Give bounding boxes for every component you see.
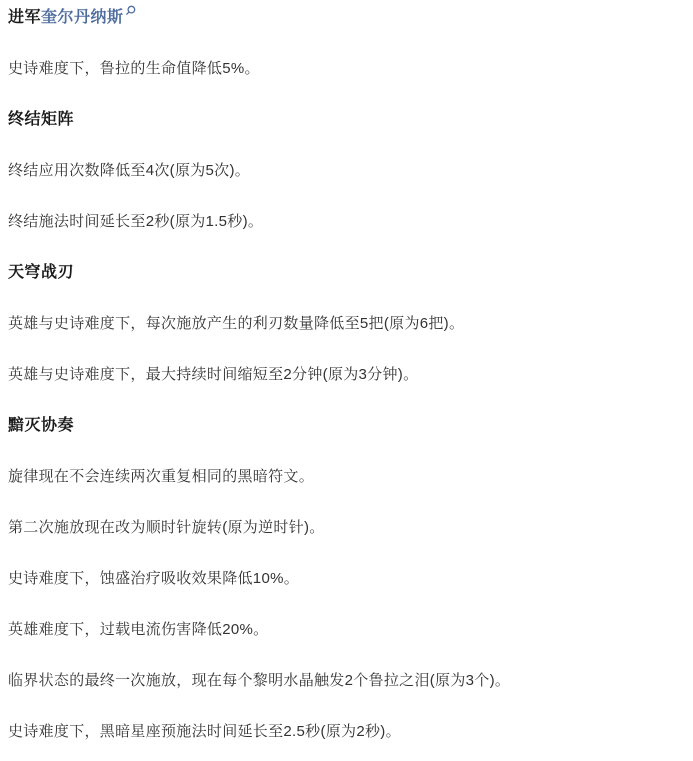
patch-notes-article: 进军奎尔丹纳斯 史诗难度下，鲁拉的生命值降低5%。 终结矩阵 终结应用次数降低至…: [0, 0, 693, 742]
patch-note-line: 英雄与史诗难度下，最大持续时间缩短至2分钟(原为3分钟)。: [8, 364, 681, 385]
quel-danas-link[interactable]: 奎尔丹纳斯: [41, 9, 136, 26]
patch-note-line: 史诗难度下，鲁拉的生命值降低5%。: [8, 58, 681, 79]
patch-note-line: 临界状态的最终一次施放，现在每个黎明水晶触发2个鲁拉之泪(原为3个)。: [8, 670, 681, 691]
quel-danas-link-label: 奎尔丹纳斯: [41, 9, 124, 26]
search-icon[interactable]: [125, 5, 136, 16]
patch-note-line: 终结应用次数降低至4次(原为5次)。: [8, 160, 681, 181]
ability-heading: 黯灭协奏: [8, 415, 681, 436]
patch-note-line: 英雄难度下，过载电流伤害降低20%。: [8, 619, 681, 640]
patch-note-line: 旋律现在不会连续两次重复相同的黑暗符文。: [8, 466, 681, 487]
patch-note-line: 第二次施放现在改为顺时针旋转(原为逆时针)。: [8, 517, 681, 538]
patch-note-line: 史诗难度下，蚀盛治疗吸收效果降低10%。: [8, 568, 681, 589]
patch-note-line: 英雄与史诗难度下，每次施放产生的利刃数量降低至5把(原为6把)。: [8, 313, 681, 334]
article-section-title: 进军奎尔丹纳斯: [8, 7, 681, 28]
patch-note-line: 终结施法时间延长至2秒(原为1.5秒)。: [8, 211, 681, 232]
title-prefix: 进军: [8, 9, 41, 26]
ability-heading: 终结矩阵: [8, 109, 681, 130]
ability-heading: 天穹战刃: [8, 262, 681, 283]
patch-note-line: 史诗难度下，黑暗星座预施法时间延长至2.5秒(原为2秒)。: [8, 721, 681, 742]
